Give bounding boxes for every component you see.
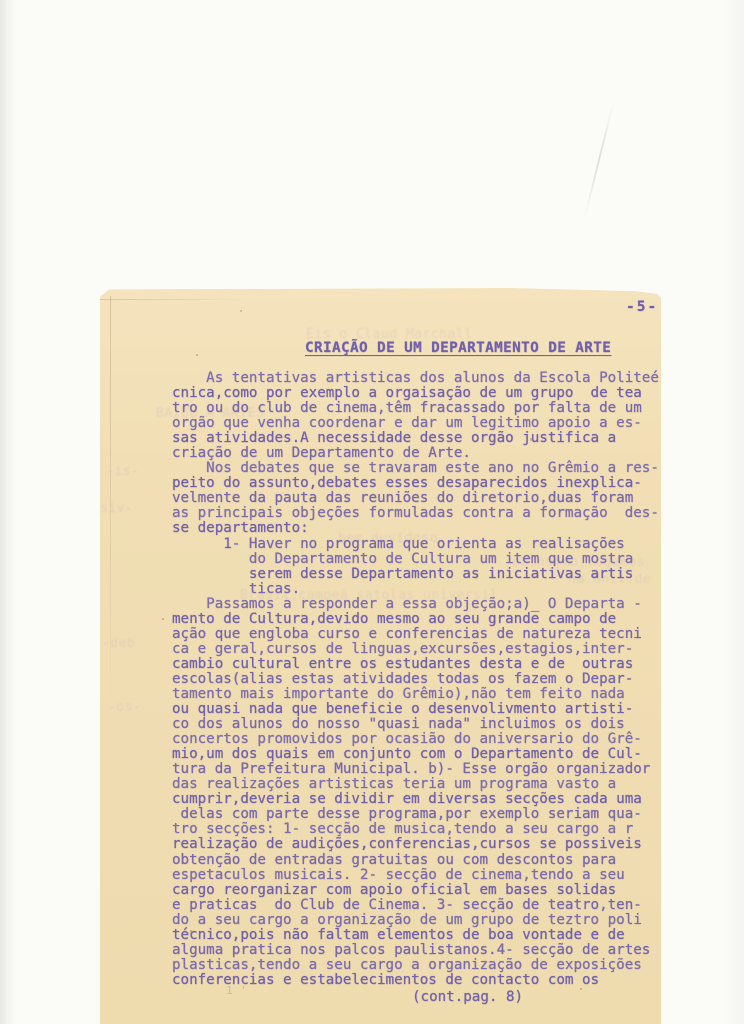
typewritten-line: escolas(alias estas atividades todas os … (172, 672, 659, 687)
bleed-through-line: siv- (100, 501, 133, 516)
typewritten-line: se departamento: (172, 521, 659, 536)
paper-speck (162, 618, 164, 620)
bleed-through-line: -is- (106, 464, 139, 479)
typewritten-line: do Departamento de Cultura um item que m… (172, 552, 659, 567)
typewritten-line: sas atividades.A necessidade desse orgão… (172, 431, 659, 446)
typewritten-line: mio,um dos quais em conjunto com o Depar… (172, 747, 659, 762)
typewritten-line: tro secções: 1- secção de musica,tendo a… (172, 822, 659, 837)
typewritten-line: plasticas,tendo a seu cargo a organizaçã… (172, 958, 659, 973)
typewritten-line: as principais objeções formuladas contra… (172, 506, 659, 521)
paper-speck (240, 310, 242, 312)
typewritten-line: orgão que venha coordenar e dar um legit… (172, 416, 659, 431)
typewritten-line: cambio cultural entre os estudantes dest… (172, 657, 659, 672)
typewritten-line: tura da Prefeitura Municipal. b)- Esse o… (172, 762, 659, 777)
typewritten-line: e praticas do Club de Cinema. 3- secção … (172, 898, 659, 913)
typewritten-line: conferencias e estabelecimentos de conta… (172, 973, 659, 988)
typewritten-line: espetaculos musicais. 2- secção de cinem… (172, 868, 659, 883)
typewritten-line: alguma pratica nos palcos paulistanos.4-… (172, 943, 659, 958)
typewritten-line: co dos alunos do nosso "quasi nada" incl… (172, 717, 659, 732)
typewritten-line: serem desse Departamento as iniciativas … (172, 567, 659, 582)
typewritten-line: ação que engloba curso e conferencias de… (172, 627, 659, 642)
typewritten-line: das realizações artisticas teria um prog… (172, 777, 659, 792)
typewritten-line: tro ou do club de cinema,têm fracassado … (172, 401, 659, 416)
typewritten-line: Nos debates que se travaram este ano no … (172, 461, 659, 476)
body-text: As tentativas artisticas dos alunos da E… (172, 371, 659, 988)
page-number: -5- (626, 299, 658, 315)
typewritten-line: técnico,pois não faltam elementos de boa… (172, 928, 659, 943)
typewritten-line: ou quasi nada que beneficie o desenvoliv… (172, 702, 659, 717)
document-title: CRIAÇÃO DE UM DEPARTAMENTO DE ARTE (305, 340, 611, 356)
typewritten-line: tamento mais importante do Grêmio),não t… (172, 687, 659, 702)
bleed-through-line: -os- (108, 700, 141, 715)
typewritten-line: ca e geral,cursos de linguas,excursões,e… (172, 642, 659, 657)
typewritten-line: mento de Cultura,devido mesmo ao seu gra… (172, 612, 659, 627)
typewritten-line: do a seu cargo a organização de um grupo… (172, 913, 659, 928)
typewritten-line: 1- Haver no programa que orienta as real… (172, 537, 659, 552)
typewritten-line: ticas. (172, 582, 659, 597)
typewritten-line: cnica,como por exemplo a orgaisação de u… (172, 386, 659, 401)
bleed-through-line: -deb (102, 636, 135, 651)
typewritten-line: As tentativas artisticas dos alunos da E… (172, 371, 659, 386)
paper-speck (580, 988, 582, 990)
typewritten-line: concertos promovidos por ocasião do aniv… (172, 732, 659, 747)
paper-speck (196, 354, 198, 356)
document-page: Eis o Claud MarchallBAIUU A ARTES-is-bem… (100, 288, 661, 1024)
continuation-note: (cont.pag. 8) (412, 989, 523, 1005)
typewritten-line: Passamos a responder a essa objeção;a)_ … (172, 597, 659, 612)
typewritten-line: cargo reorganizar com apoio oficial em b… (172, 883, 659, 898)
typewritten-line: realização de audições,conferencias,curs… (172, 837, 659, 852)
typewritten-line: obtenção de entradas gratuitas ou com de… (172, 853, 659, 868)
